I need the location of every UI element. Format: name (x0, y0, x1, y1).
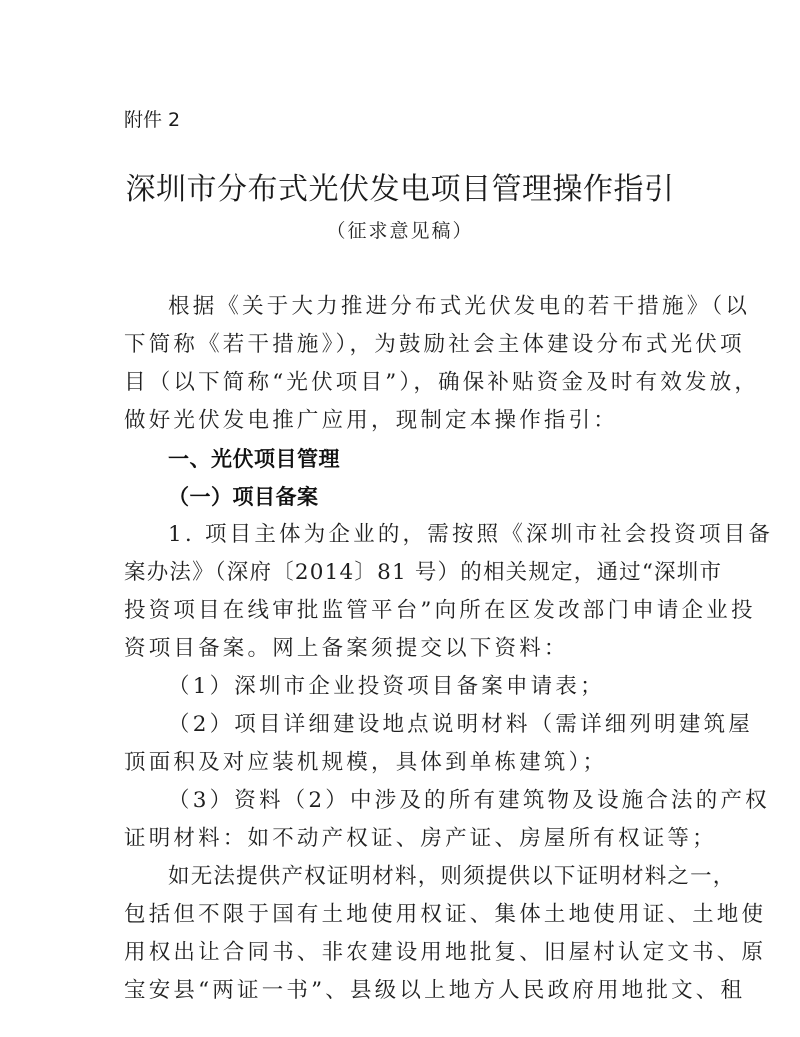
document-subtitle: （征求意见稿） (0, 218, 800, 244)
paragraph-line: 宝安县“两证一书”、县级以上地方人民政府用地批文、租 (124, 972, 680, 1010)
section-heading: 一、光伏项目管理 (124, 440, 680, 478)
paragraph-line: 做好光伏发电推广应用，现制定本操作指引： (124, 402, 680, 440)
paragraph-line: 目（以下简称“光伏项目”），确保补贴资金及时有效发放， (124, 364, 680, 402)
paragraph-line: 根据《关于大力推进分布式光伏发电的若干措施》（以 (124, 288, 680, 326)
paragraph-line: 1. 项目主体为企业的，需按照《深圳市社会投资项目备 (124, 516, 680, 554)
document-title: 深圳市分布式光伏发电项目管理操作指引 (0, 170, 800, 210)
document-page: 附件 2 深圳市分布式光伏发电项目管理操作指引 （征求意见稿） 根据《关于大力推… (0, 0, 800, 1037)
list-item: （2）项目详细建设地点说明材料（需详细列明建筑屋 (124, 706, 680, 744)
paragraph-line: 资项目备案。网上备案须提交以下资料： (124, 630, 680, 668)
document-body: 根据《关于大力推进分布式光伏发电的若干措施》（以 下简称《若干措施》），为鼓励社… (124, 288, 680, 1010)
paragraph-line: 顶面积及对应装机规模，具体到单栋建筑）； (124, 744, 680, 782)
paragraph-line: 证明材料：如不动产权证、房产证、房屋所有权证等； (124, 820, 680, 858)
paragraph-line: 包括但不限于国有土地使用权证、集体土地使用证、土地使 (124, 896, 680, 934)
paragraph-line: 用权出让合同书、非农建设用地批复、旧屋村认定文书、原 (124, 934, 680, 972)
paragraph-line: 案办法》（深府〔2014〕81 号）的相关规定，通过“深圳市 (124, 554, 680, 592)
paragraph-line: 如无法提供产权证明材料，则须提供以下证明材料之一， (124, 858, 680, 896)
list-item: （1）深圳市企业投资项目备案申请表； (124, 668, 680, 706)
paragraph-line: 投资项目在线审批监管平台”向所在区发改部门申请企业投 (124, 592, 680, 630)
paragraph-line: 下简称《若干措施》），为鼓励社会主体建设分布式光伏项 (124, 326, 680, 364)
attachment-label: 附件 2 (124, 108, 180, 132)
list-item: （3）资料（2）中涉及的所有建筑物及设施合法的产权 (124, 782, 680, 820)
subsection-heading: （一）项目备案 (124, 478, 680, 516)
